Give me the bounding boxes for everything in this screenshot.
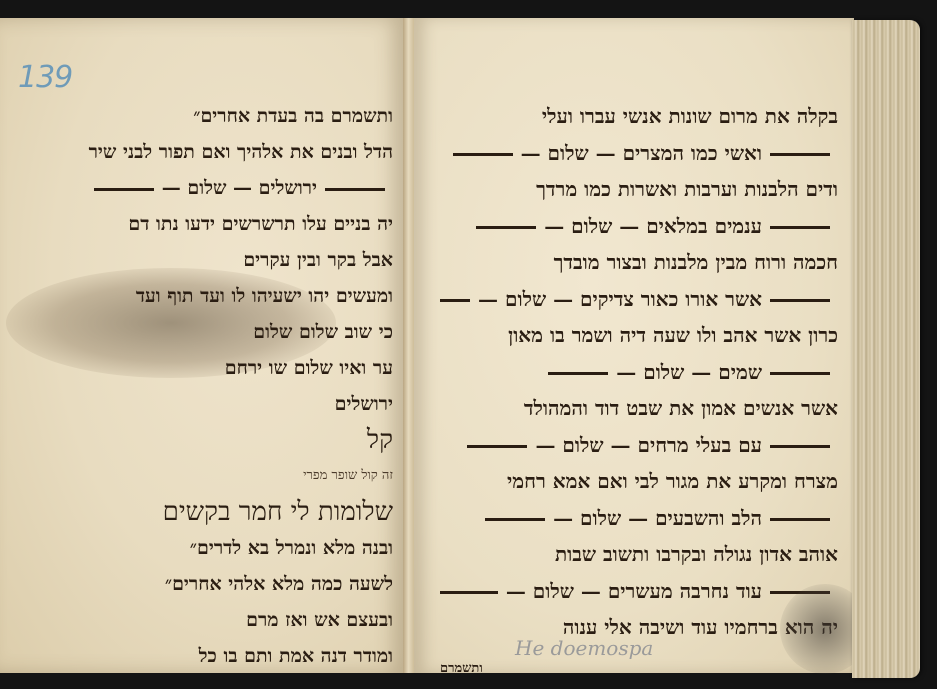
refrain-line: ענמים במלאים — שלום —: [440, 208, 838, 245]
text-line: מצרח ומקרע את מגור לבי ואם אמא רחמי: [440, 463, 838, 500]
text-line: בקלה את מרום שונות אנשי עברו ועלי: [440, 98, 838, 135]
refrain-line: ואשי כמו המצרים — שלום —: [440, 135, 838, 172]
text-line: לשעה כמה מלא אלהי אחרים״: [48, 566, 393, 602]
text-line: הדל ובנים את אלהיך ואם תפור לבני שיר: [48, 134, 393, 170]
left-page-text: ותשמרם בה בעדת אחרים״ הדל ובנים את אלהיך…: [48, 98, 393, 674]
folio-number: 139: [18, 60, 72, 95]
text-line: ודים הלבנות וערבות ואשרות כמו מרדך: [440, 171, 838, 208]
text-line: ער ואיו שלום שו ירחם: [48, 350, 393, 386]
pencil-annotation: He doemospa: [515, 636, 653, 660]
text-line: ובעצם אש ואז מרם: [48, 602, 393, 638]
section-heading: שלומות לי חמר בקשים: [48, 494, 393, 530]
text-line: ותשמרם בה בעדת אחרים״: [48, 98, 393, 134]
text-line: ירושלים: [48, 386, 393, 422]
text-line: אוהב אדון נגולה ובקרבו ותשוב שבות: [440, 536, 838, 573]
refrain-line: הלב והשבעים — שלום —: [440, 500, 838, 537]
rubric-line: זה קול שופר מפרי: [48, 458, 393, 494]
text-line: ובנה מלא ונמרל בא לדרים״: [48, 530, 393, 566]
catchword: ותשמרם: [440, 660, 483, 676]
refrain-line: אשר אורו כאור צדיקים — שלום —: [440, 281, 838, 318]
right-page-text: בקלה את מרום שונות אנשי עברו ועלי ואשי כ…: [440, 98, 838, 646]
text-line: ומעשים יהו ישעיהו לו ועד תוף ועד: [48, 278, 393, 314]
text-line: אשר אנשים אמון את שבט דוד והמהולד: [440, 390, 838, 427]
text-line: חכמה ורוח מבין מלבנות ובצור מובדך: [440, 244, 838, 281]
refrain-line: עם בעלי מרחים — שלום —: [440, 427, 838, 464]
refrain-line: ירושלים — שלום —: [48, 170, 393, 206]
refrain-line: עוד נחרבה מעשרים — שלום —: [440, 573, 838, 610]
text-line: יה בניים עלו תרשרשים ידעו נתו דם: [48, 206, 393, 242]
section-heading: קל: [48, 422, 393, 458]
text-line: אבל בקר ובין עקרים: [48, 242, 393, 278]
open-manuscript: 139 ותשמרם בה בעדת אחרים״ הדל ובנים את א…: [0, 14, 922, 679]
refrain-line: שמים — שלום —: [440, 354, 838, 391]
left-page: 139 ותשמרם בה בעדת אחרים״ הדל ובנים את א…: [0, 18, 405, 673]
text-line: כי שוב שלום שלום: [48, 314, 393, 350]
text-line: ומודר דנה אמת ותם בו כל: [48, 638, 393, 674]
text-line: כרון אשר אהב ולו שעה דיה ושמר בו מאון: [440, 317, 838, 354]
page-fore-edge: [852, 20, 920, 678]
